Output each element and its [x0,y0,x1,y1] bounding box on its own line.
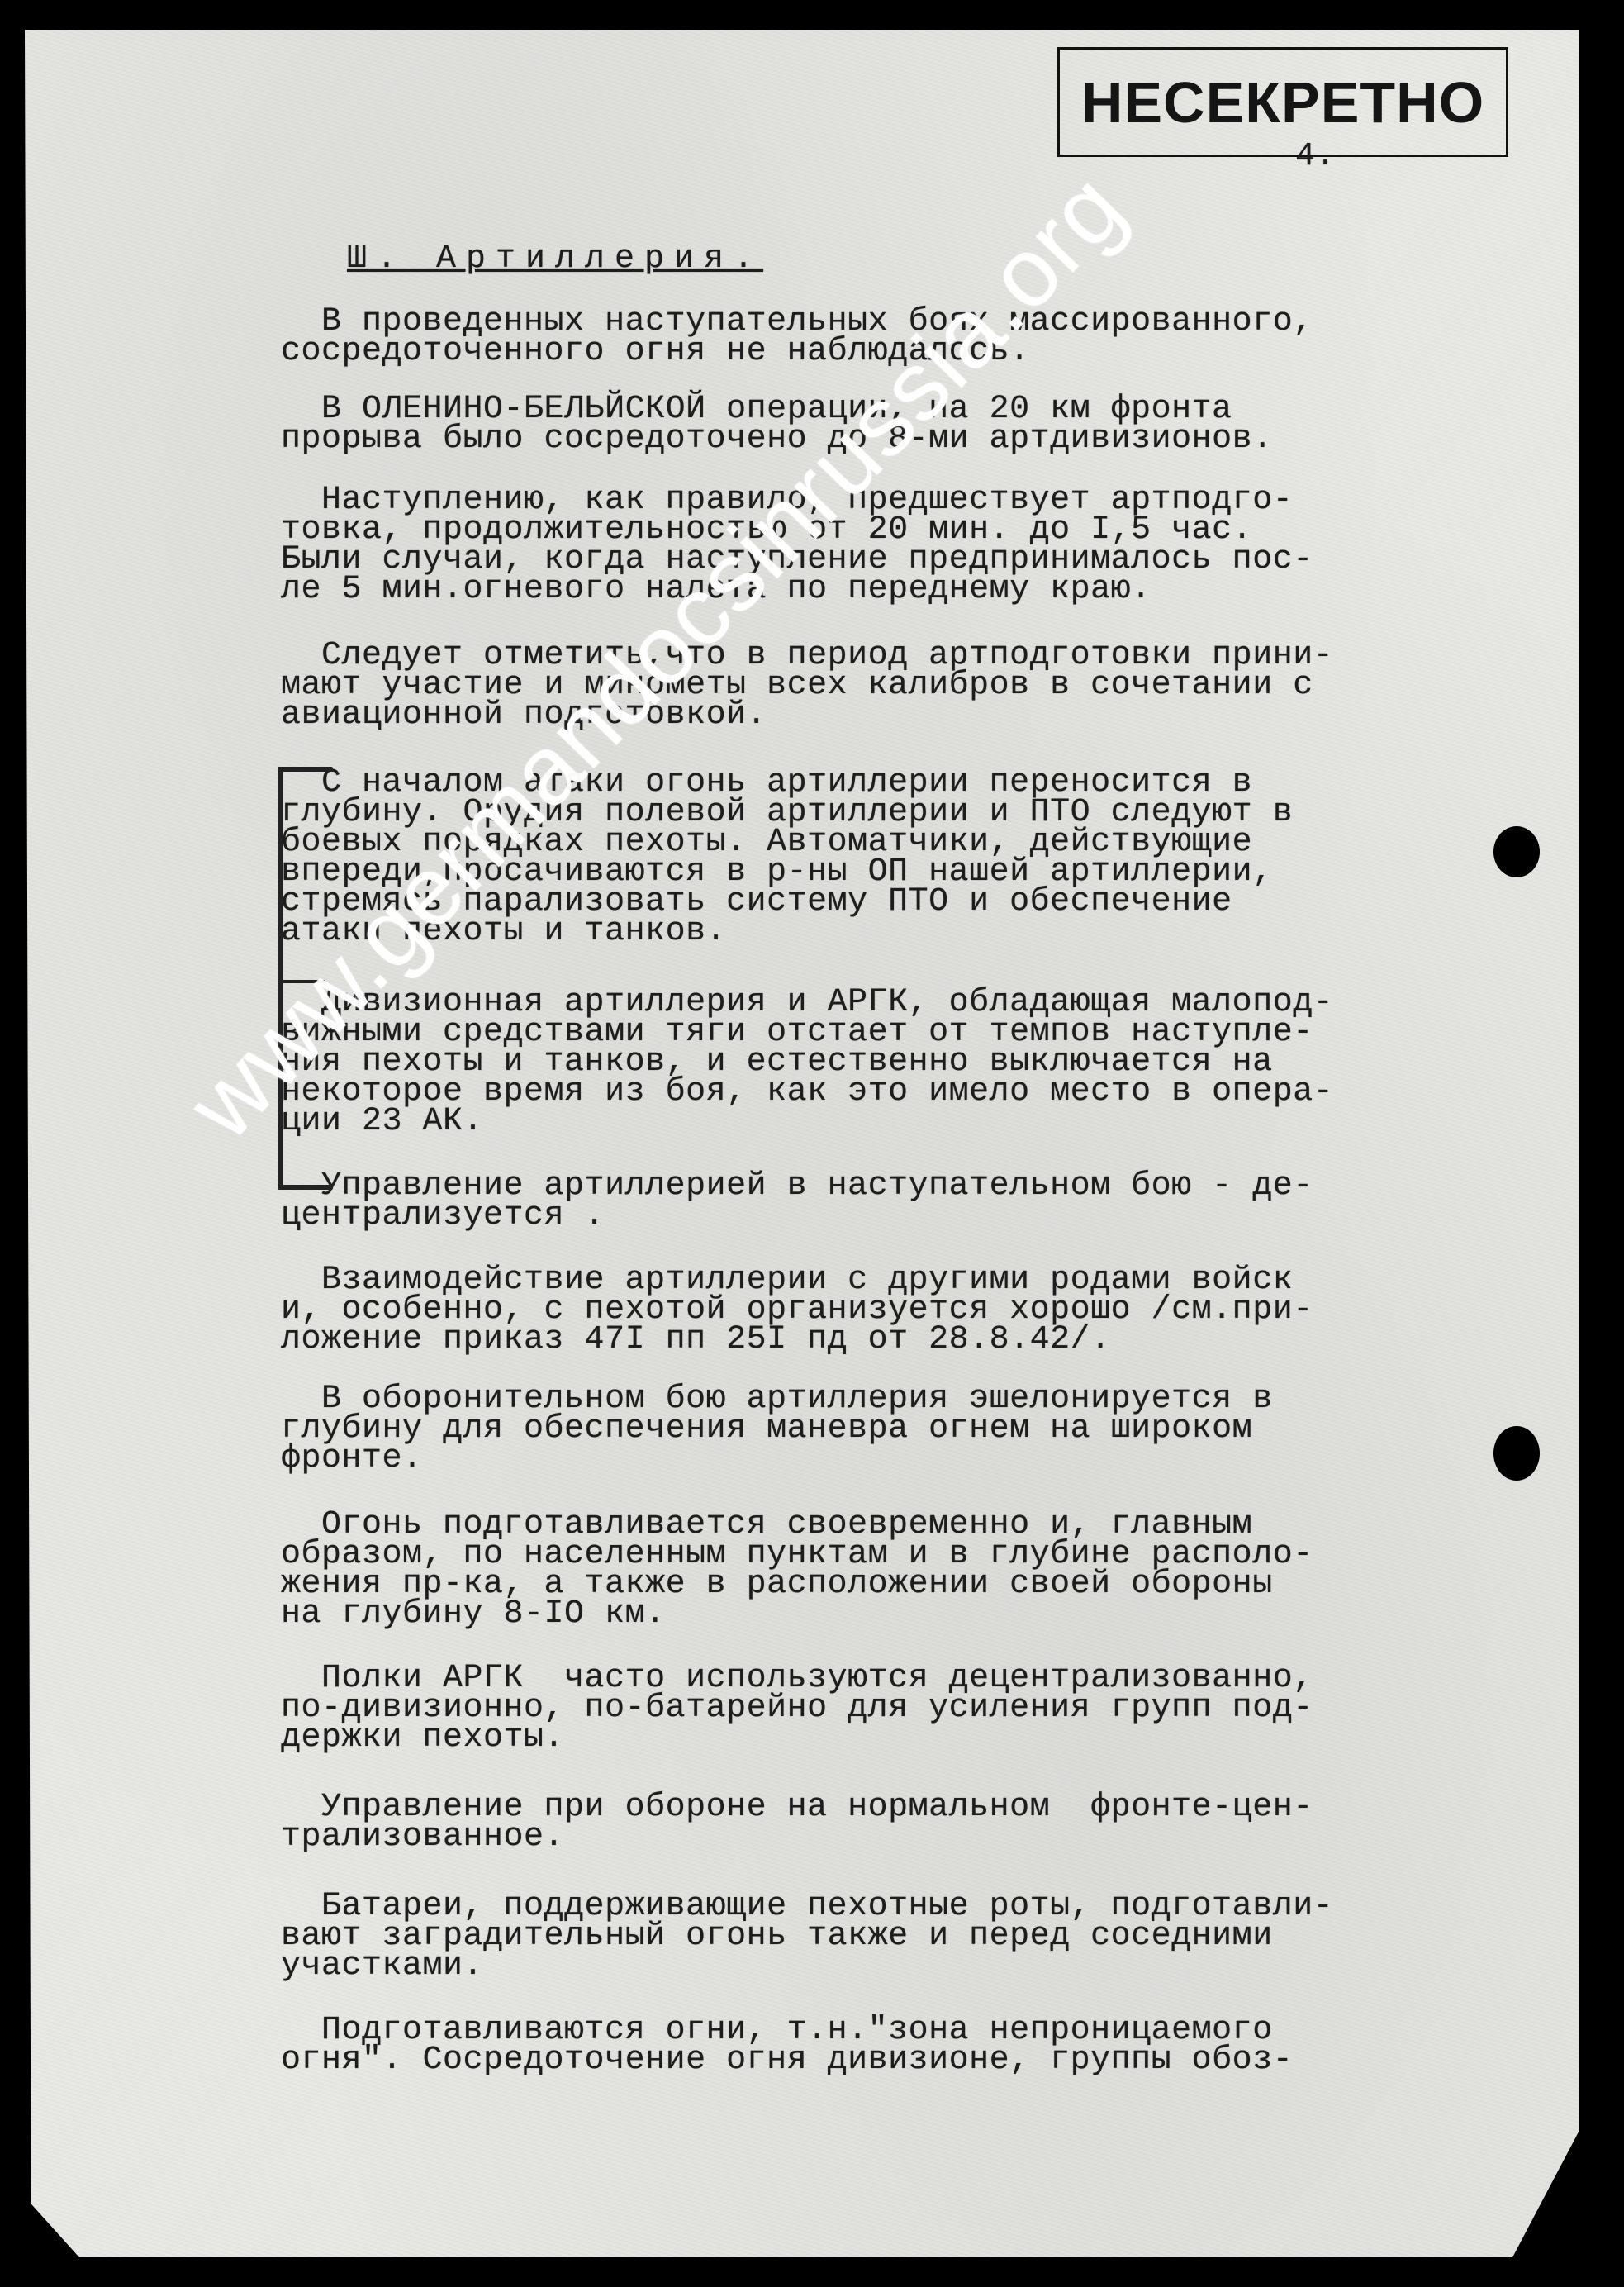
text-line: трализованное. [281,1823,1569,1852]
paragraph: Взаимодействие артиллерии с другими рода… [281,1266,1569,1355]
paragraph: В оборонительном бою артиллерия эшелонир… [281,1385,1569,1474]
paragraph: Полки АРГК часто используются децентрали… [281,1664,1569,1753]
text-line: сосредоточенного огня не наблюдалось. [281,337,1569,367]
text-line: фронте. [281,1444,1569,1474]
paragraph: С началом атаки огонь артиллерии перенос… [281,768,1569,947]
text-line: огня". Сосредоточение огня дивизионе, гр… [281,2046,1569,2075]
paragraph: Управление при обороне на нормальном фро… [281,1793,1569,1852]
paragraph: Управление артиллерией в наступательном … [281,1172,1569,1231]
paragraph: В проведенных наступательных боях массир… [281,307,1569,367]
text-line: авиационной подготовкой. [281,701,1569,730]
margin-bracket-mark [278,767,333,1190]
paragraph: Следует отметить,что в период артподгото… [281,641,1569,730]
paragraph: Наступлению, как правило, предшествует а… [281,486,1569,605]
text-line: централизуется . [281,1201,1569,1231]
text-line: атаки пехоты и танков. [281,917,1569,947]
text-line: держки пехоты. [281,1724,1569,1753]
punch-hole-icon [1493,1426,1540,1481]
text-line: глубину для обеспечения маневра огнем на… [281,1415,1569,1444]
classification-stamp: НЕСЕКРЕТНО [1057,47,1508,157]
margin-bracket-divider [283,980,325,983]
text-line: ции 23 АК. [281,1107,1569,1137]
text-line: прорыва было сосредоточено до 8-ми артди… [281,425,1569,454]
text-line: на глубину 8-IO км. [281,1600,1569,1629]
paragraph: В ОЛЕНИНО-БЕЛЬЙСКОЙ операции, на 20 км ф… [281,395,1569,454]
paragraph: Дивизионная артиллерия и АРГК, обладающа… [281,988,1569,1137]
text-line: ле 5 мин.огневого налета по переднему кр… [281,575,1569,605]
paragraph: Батареи, поддерживающие пехотные роты, п… [281,1892,1569,1981]
text-line: участками. [281,1952,1569,1981]
page-number: 4. [1295,142,1336,172]
punch-hole-icon [1493,826,1540,877]
classification-stamp-text: НЕСЕКРЕТНО [1081,69,1484,136]
text-line: ложение приказ 47I пп 25I пд от 28.8.42/… [281,1325,1569,1355]
paragraph: Подготавливаются огни, т.н."зона непрони… [281,2016,1569,2075]
paragraph: Огонь подготавливается своевременно и, г… [281,1510,1569,1629]
section-heading: Ш. Артиллерия. [347,245,763,274]
